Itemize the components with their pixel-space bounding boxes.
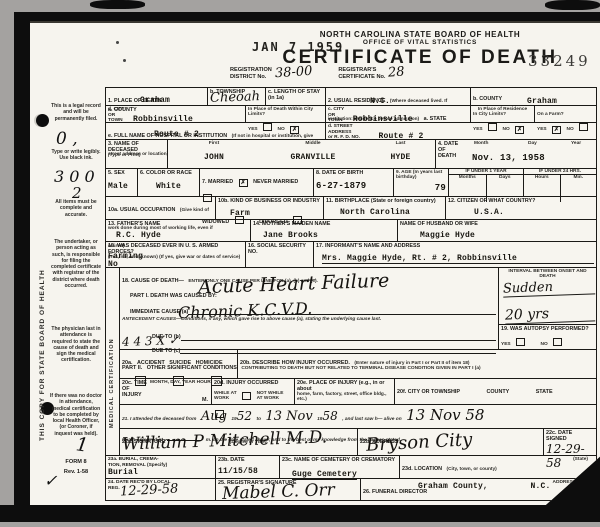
physician-signature: William P Mitchell M.D. <box>122 427 328 454</box>
while-at-work-checkbox <box>242 392 251 400</box>
father-name-label: 13. FATHER'S NAME <box>108 221 248 227</box>
margin-note: All items must be complete and accurate. <box>50 199 102 218</box>
attended-to-year: 58 <box>322 409 337 423</box>
scan-artifact <box>0 505 600 522</box>
township-value: Cheoah <box>210 89 260 106</box>
form-number: FORM 8 <box>50 459 102 465</box>
registrars-certificate-value: 28 <box>388 64 406 80</box>
type-or-print-note: (Type or Print) <box>108 153 165 158</box>
on-a-farm-label: On a Farm? <box>537 112 594 117</box>
registration-line: REGISTRATION DISTRICT No. 38-00 REGISTRA… <box>230 65 405 80</box>
sex-label: 5. SEX <box>108 170 135 176</box>
residence-city-label: c. CITY OR TOWN <box>328 107 344 124</box>
citizen-label: 12. CITIZEN OF WHAT COUNTRY? <box>448 198 594 204</box>
race-label: 6. COLOR OR RACE <box>140 170 197 176</box>
injury-county-label: COUNTY <box>486 389 509 395</box>
margin-handwriting: 1 <box>75 433 90 456</box>
occupation-label: 10a. USUAL OCCUPATION <box>108 207 175 213</box>
date-received-value: 12-29-58 <box>120 481 179 499</box>
location-label: 23d. LOCATION <box>402 466 442 472</box>
last-seen-alive-value: 13 Nov 58 <box>406 406 484 424</box>
location-note: (City, town, or county) <box>447 467 497 472</box>
attended-from-value: Aug <box>201 409 227 424</box>
location-state-note: (State) <box>573 457 588 462</box>
married-checkbox: ✗ <box>239 179 248 187</box>
margin-note: This is a legal record and will be perma… <box>50 103 102 122</box>
certificate-serial-number: 33249 <box>528 52 591 70</box>
city-or-town-label: d. CITY OR TOWN <box>108 107 125 124</box>
ssn-label: 16. SOCIAL SECURITY NO. <box>248 243 311 255</box>
margin-note: The undertaker, or person acting as such… <box>50 239 102 289</box>
date-of-death-label: 4. DATE OF DEATH <box>438 141 458 160</box>
name-of-deceased-label: 3. NAME OF DECEASED <box>108 141 165 153</box>
industry-value: Farm <box>230 209 321 218</box>
due-b-interval-value: 20 yrs <box>505 304 596 324</box>
attended-pre: 21. I attended the deceased from <box>122 417 196 422</box>
cemetery-label: 23c. NAME OF CEMETERY OR CREMATORY <box>282 457 397 463</box>
suicide-label: SUICIDE <box>169 360 191 366</box>
month-label: Month <box>474 141 488 146</box>
mother-name-label: 14. MOTHER'S MAIDEN NAME <box>253 221 395 227</box>
cause-of-death-title: 18. CAUSE OF DEATH— <box>122 278 184 284</box>
informant-label: 17. INFORMANT'S NAME AND ADDRESS <box>316 243 594 249</box>
injury-occurred-label: 20d. INJURY OCCURRED <box>214 380 292 386</box>
last-name-label: Last <box>368 141 433 146</box>
physician-address: Bryson City <box>366 429 473 456</box>
date-of-birth-label: 8. DATE OF BIRTH <box>316 170 391 176</box>
scanned-death-certificate: THIS COPY FOR STATE BOARD OF HEALTH JAN … <box>0 0 600 527</box>
date-signed-label: 22c. DATE SIGNED <box>546 430 594 442</box>
registrar-signature-value: Mabel C. Orr <box>222 480 335 504</box>
burial-label: 23a. BURIAL, CREMA- TION, REMOVAL (Speci… <box>108 457 213 468</box>
copy-for-state-board-label: THIS COPY FOR STATE BOARD OF HEALTH <box>39 269 46 441</box>
sex-value: Male <box>108 182 135 191</box>
time-m-label: M. <box>202 397 208 403</box>
county-value: Graham <box>140 96 170 105</box>
residence-county-value: Graham <box>527 97 557 106</box>
scan-artifact <box>545 0 600 10</box>
autopsy-no-checkbox <box>553 338 562 346</box>
spouse-name-value: Maggie Hyde <box>420 231 594 240</box>
injury-city-label: 20f. CITY OR TOWNSHIP <box>397 389 460 395</box>
certificate-document: THIS COPY FOR STATE BOARD OF HEALTH JAN … <box>30 21 600 505</box>
margin-checkmark: ✓ <box>44 471 57 490</box>
year-label: Year <box>571 141 581 146</box>
race-value: White <box>140 182 197 191</box>
funeral-director-label: 26. FUNERAL DIRECTOR <box>363 489 427 495</box>
state-value: N.C. <box>370 97 390 106</box>
place-of-injury-label: 20e. PLACE OF INJURY (e.g., in or about <box>297 380 392 392</box>
hole-punch <box>36 114 49 127</box>
age-value: 79 <box>396 183 446 193</box>
speck <box>123 59 126 62</box>
middle-name-label: Middle <box>262 141 364 146</box>
birthplace-value: North Carolina <box>340 208 443 217</box>
margin-note: If there was no doctor in attendance, me… <box>50 393 102 437</box>
not-while-at-work-label: NOT WHILE AT WORK <box>257 391 284 401</box>
armed-forces-note: (Yes, no, or unknown) (If yes, give war … <box>108 255 243 260</box>
form-revision: Rev. 1-58 <box>50 469 102 475</box>
attended-from-year: 52 <box>237 409 252 423</box>
margin-note: Type or write legibly. Use black ink. <box>50 149 102 162</box>
margin-note: The physician last in attendance is requ… <box>50 326 102 364</box>
spouse-name-label: NAME OF HUSBAND OR WIFE <box>400 221 594 227</box>
time-of-injury-label: 20c. TIME OF INJURY <box>122 380 147 399</box>
no-label: NO <box>541 342 548 347</box>
date-of-birth-value: 6-27-1879 <box>316 181 391 191</box>
autopsy-yes-checkbox <box>516 338 525 346</box>
informant-value: Mrs. Maggie Hyde, Rt. # 2, Robbinsville <box>322 254 594 264</box>
registration-district-value: 38-00 <box>274 64 312 82</box>
burial-date-value: 11/15/58 <box>218 467 277 476</box>
accident-label: ACCIDENT <box>137 360 165 366</box>
injury-type-number: 20a. <box>122 360 133 366</box>
birthplace-label: 11. BIRTHPLACE (State or foreign country… <box>326 198 443 204</box>
attended-to-value: 13 Nov <box>265 409 312 424</box>
registrars-certificate-label: REGISTRAR'S CERTIFICATE No. <box>338 67 385 80</box>
in-city-limits-label: In City Limits? <box>473 112 532 117</box>
registration-district-label: REGISTRATION DISTRICT No. <box>230 67 272 80</box>
injury-state-label: STATE <box>536 389 553 395</box>
first-name-value: JOHN <box>170 153 258 162</box>
day-label: Day <box>528 141 537 146</box>
place-of-injury-note: home, farm, factory, street, office bldg… <box>297 392 392 402</box>
industry-label: 10b. KIND OF BUSINESS OR INDUSTRY <box>218 198 321 204</box>
never-married-label: NEVER MARRIED <box>253 179 298 185</box>
burial-date-label: 23b. DATE <box>218 457 277 463</box>
medical-certification-label: MEDICAL CERTIFICATION <box>109 338 115 428</box>
while-at-work-label: WHILE AT WORK <box>214 391 237 401</box>
last-name-value: HYDE <box>368 153 433 162</box>
margin-handwriting: 0 , <box>56 129 78 149</box>
certificate-form: 1. PLACE OF DEATH a. COUNTY Graham b. TO… <box>105 87 597 501</box>
yes-label: YES <box>501 342 511 347</box>
medical-certification-strip: MEDICAL CERTIFICATION <box>106 268 120 455</box>
within-city-limits-label: In Place of Death Within City Limits? <box>248 107 323 117</box>
age-label: 9. AGE (In years last birthday) <box>396 170 446 180</box>
immediate-interval-value: Sudden <box>503 278 596 297</box>
speck <box>116 41 119 44</box>
mother-name-value: Jane Brooks <box>263 231 395 240</box>
middle-name-value: GRANVILLE <box>262 153 364 162</box>
armed-forces-label: 15. WAS DECEASED EVER IN U. S. ARMED FOR… <box>108 243 243 255</box>
autopsy-label: 19. WAS AUTOPSY PERFORMED? <box>501 326 594 332</box>
homicide-label: HOMICIDE <box>196 360 223 366</box>
time-of-injury-columns: MONTH, DAY, YEAR HOUR <box>150 380 211 385</box>
length-of-stay-label: c. LENGTH OF STAY (in 1a) <box>268 89 323 101</box>
father-name-value: R.C. Hyde <box>116 231 248 240</box>
part2-value: 4 4 3 X ✓ <box>122 333 179 349</box>
attended-last-label: , and last saw h— alive on <box>342 417 401 422</box>
married-label: 7. MARRIED <box>202 179 233 185</box>
citizen-value: U.S.A. <box>474 208 594 217</box>
describe-injury-label: 20b. DESCRIBE HOW INJURY OCCURRED. <box>240 360 350 366</box>
to-label: to <box>256 417 261 422</box>
street-address-label: d. STREET ADDRESS or R. F. D. NO. <box>328 124 360 141</box>
office-name: OFFICE OF VITAL STATISTICS <box>220 39 600 46</box>
institution-value: Route # 2 <box>154 130 199 139</box>
date-of-death-value: Nov. 13, 1958 <box>472 153 545 163</box>
describe-injury-note: (Enter nature of injury in Part I or Par… <box>354 361 469 366</box>
first-name-label: First <box>170 141 258 146</box>
org-name: NORTH CAROLINA STATE BOARD OF HEALTH <box>220 30 600 39</box>
scan-artifact <box>90 0 145 9</box>
burial-value: Burial <box>108 468 213 477</box>
